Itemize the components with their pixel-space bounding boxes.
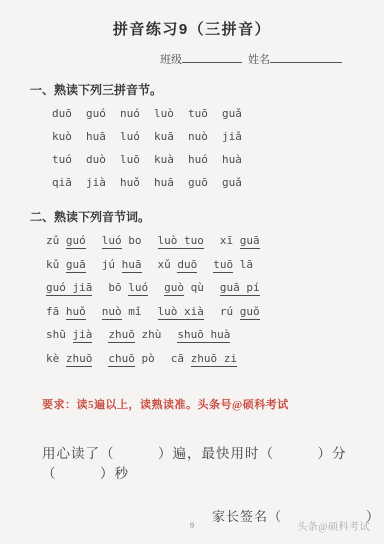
plain-syllable: fā (46, 305, 59, 318)
word-group: xī guā (220, 230, 260, 253)
pinyin-syllable: kuā (154, 126, 188, 148)
word-row: guó jiābō luóguò qùguā pí (46, 276, 384, 300)
word-grid: zǔ guóluó boluò tuoxī guākǔ guājú huāxǔ … (46, 229, 384, 370)
page-title: 拼音练习9（三拼音） (0, 0, 384, 39)
word-row: kǔ guājú huāxǔ duōtuō lā (46, 253, 384, 277)
word-row: shū jiàzhuō zhùshuō huà (46, 323, 384, 347)
underlined-syllable: guā (240, 234, 260, 249)
word-group: kè zhuō (46, 348, 92, 371)
pinyin-syllable: guō (188, 172, 222, 194)
word-group: shū jià (46, 324, 92, 347)
watermark: 头条@硕科考试 (297, 518, 370, 533)
pinyin-syllable: guǎ (222, 172, 256, 194)
worksheet-page: 拼音练习9（三拼音） 班级 姓名 一、熟读下列三拼音节。 duōguónuólu… (0, 0, 384, 544)
plain-syllable: qù (191, 281, 204, 294)
plain-syllable: shū (46, 328, 66, 341)
underlined-syllable: luó (102, 234, 122, 249)
plain-syllable: jú (102, 258, 115, 271)
word-group: zhuō zhù (108, 324, 161, 347)
word-group: shuō huà (177, 324, 230, 347)
section1-heading: 一、熟读下列三拼音节。 (30, 81, 384, 98)
plain-syllable: kǔ (46, 258, 59, 271)
underlined-syllable: huā (122, 258, 142, 273)
pinyin-syllable: jiǎ (222, 126, 256, 148)
underlined-syllable: guò (164, 281, 184, 296)
plain-syllable: mǐ (128, 305, 141, 318)
plain-syllable: cā (171, 352, 184, 365)
word-row: zǔ guóluó boluò tuoxī guā (46, 229, 384, 253)
underlined-syllable: guó jiā (46, 281, 92, 296)
plain-syllable: xǔ (158, 258, 171, 271)
class-label: 班级 (160, 51, 182, 67)
pinyin-syllable: jià (86, 172, 120, 194)
pinyin-syllable: luó (120, 126, 154, 148)
underlined-syllable: tuō (213, 258, 233, 273)
underlined-syllable: jià (73, 328, 93, 343)
word-group: luó bo (102, 230, 142, 253)
pinyin-syllable: huà (222, 149, 256, 171)
class-blank-line (182, 51, 242, 63)
pinyin-row: qiājiàhuǒhuāguōguǎ (52, 171, 384, 194)
plain-syllable: lā (240, 258, 253, 271)
word-group: guā pí (220, 277, 260, 300)
word-group: tuō lā (213, 254, 253, 277)
pinyin-syllable: nuó (120, 103, 154, 125)
pinyin-row: duōguónuóluòtuōguǎ (52, 102, 384, 125)
word-group: nuò mǐ (102, 301, 142, 324)
underlined-syllable: guā pí (220, 281, 260, 296)
underlined-syllable: shuō huà (177, 328, 230, 343)
plain-syllable: rú (220, 305, 233, 318)
underlined-syllable: zhuō (108, 328, 135, 343)
pinyin-syllable: tuó (52, 149, 86, 171)
pinyin-row: kuòhuāluókuānuòjiǎ (52, 125, 384, 148)
underlined-syllable: luò tuo (158, 234, 204, 249)
underlined-syllable: guǒ (240, 305, 260, 320)
plain-syllable: pò (142, 352, 155, 365)
pinyin-syllable: huā (86, 126, 120, 148)
underlined-syllable: zhuō zi (191, 352, 237, 367)
pinyin-syllable: guó (86, 103, 120, 125)
word-group: luò tuo (158, 230, 204, 253)
pinyin-syllable: luō (120, 149, 154, 171)
pinyin-syllable: luò (154, 103, 188, 125)
name-label: 姓名 (248, 51, 270, 67)
word-group: bō luó (108, 277, 148, 300)
pinyin-syllable: duò (86, 149, 120, 171)
page-number: 9 (190, 521, 194, 530)
reading-count-line: 用心读了（ ）遍，最快用时（ ）分（ ）秒 (42, 442, 384, 482)
pinyin-syllable: tuō (188, 103, 222, 125)
name-blank-line (270, 51, 342, 63)
pinyin-syllable: nuò (188, 126, 222, 148)
word-group: luò xià (158, 301, 204, 324)
word-group: fā huǒ (46, 301, 86, 324)
underlined-syllable: luò xià (158, 305, 204, 320)
pinyin-syllable: huā (154, 172, 188, 194)
plain-syllable: xī (220, 234, 233, 247)
pinyin-syllable: guǎ (222, 103, 256, 125)
underlined-syllable: guā (66, 258, 86, 273)
underlined-syllable: huǒ (66, 305, 86, 320)
word-row: fā huǒnuò mǐluò xiàrú guǒ (46, 300, 384, 324)
pinyin-syllable: duō (52, 103, 86, 125)
pinyin-syllable: qiā (52, 172, 86, 194)
plain-syllable: bō (108, 281, 121, 294)
word-group: kǔ guā (46, 254, 86, 277)
requirement-note: 要求：读5遍以上，读熟读准。头条号@硕科考试 (42, 396, 384, 412)
pinyin-syllable: kuà (154, 149, 188, 171)
underlined-syllable: chuō (108, 352, 135, 367)
plain-syllable: zhù (142, 328, 162, 341)
plain-syllable: bo (128, 234, 141, 247)
underlined-syllable: guó (66, 234, 86, 249)
underlined-syllable: zhuō (66, 352, 93, 367)
word-group: chuō pò (108, 348, 154, 371)
word-group: cā zhuō zi (171, 348, 237, 371)
word-row: kè zhuōchuō pòcā zhuō zi (46, 347, 384, 371)
word-group: guó jiā (46, 277, 92, 300)
underlined-syllable: luó (128, 281, 148, 296)
section2-heading: 二、熟读下列音节词。 (30, 208, 384, 225)
pinyin-syllable: huó (188, 149, 222, 171)
word-group: guò qù (164, 277, 204, 300)
header-fields: 班级 姓名 (160, 51, 348, 67)
plain-syllable: zǔ (46, 234, 59, 247)
word-group: zǔ guó (46, 230, 86, 253)
word-group: xǔ duō (158, 254, 198, 277)
pinyin-syllable: kuò (52, 126, 86, 148)
plain-syllable: kè (46, 352, 59, 365)
pinyin-syllable: huǒ (120, 172, 154, 194)
underlined-syllable: nuò (102, 305, 122, 320)
pinyin-row: tuóduòluōkuàhuóhuà (52, 148, 384, 171)
syllable-grid: duōguónuóluòtuōguǎkuòhuāluókuānuòjiǎtuód… (52, 102, 384, 194)
word-group: rú guǒ (220, 301, 260, 324)
word-group: jú huā (102, 254, 142, 277)
underlined-syllable: duō (177, 258, 197, 273)
